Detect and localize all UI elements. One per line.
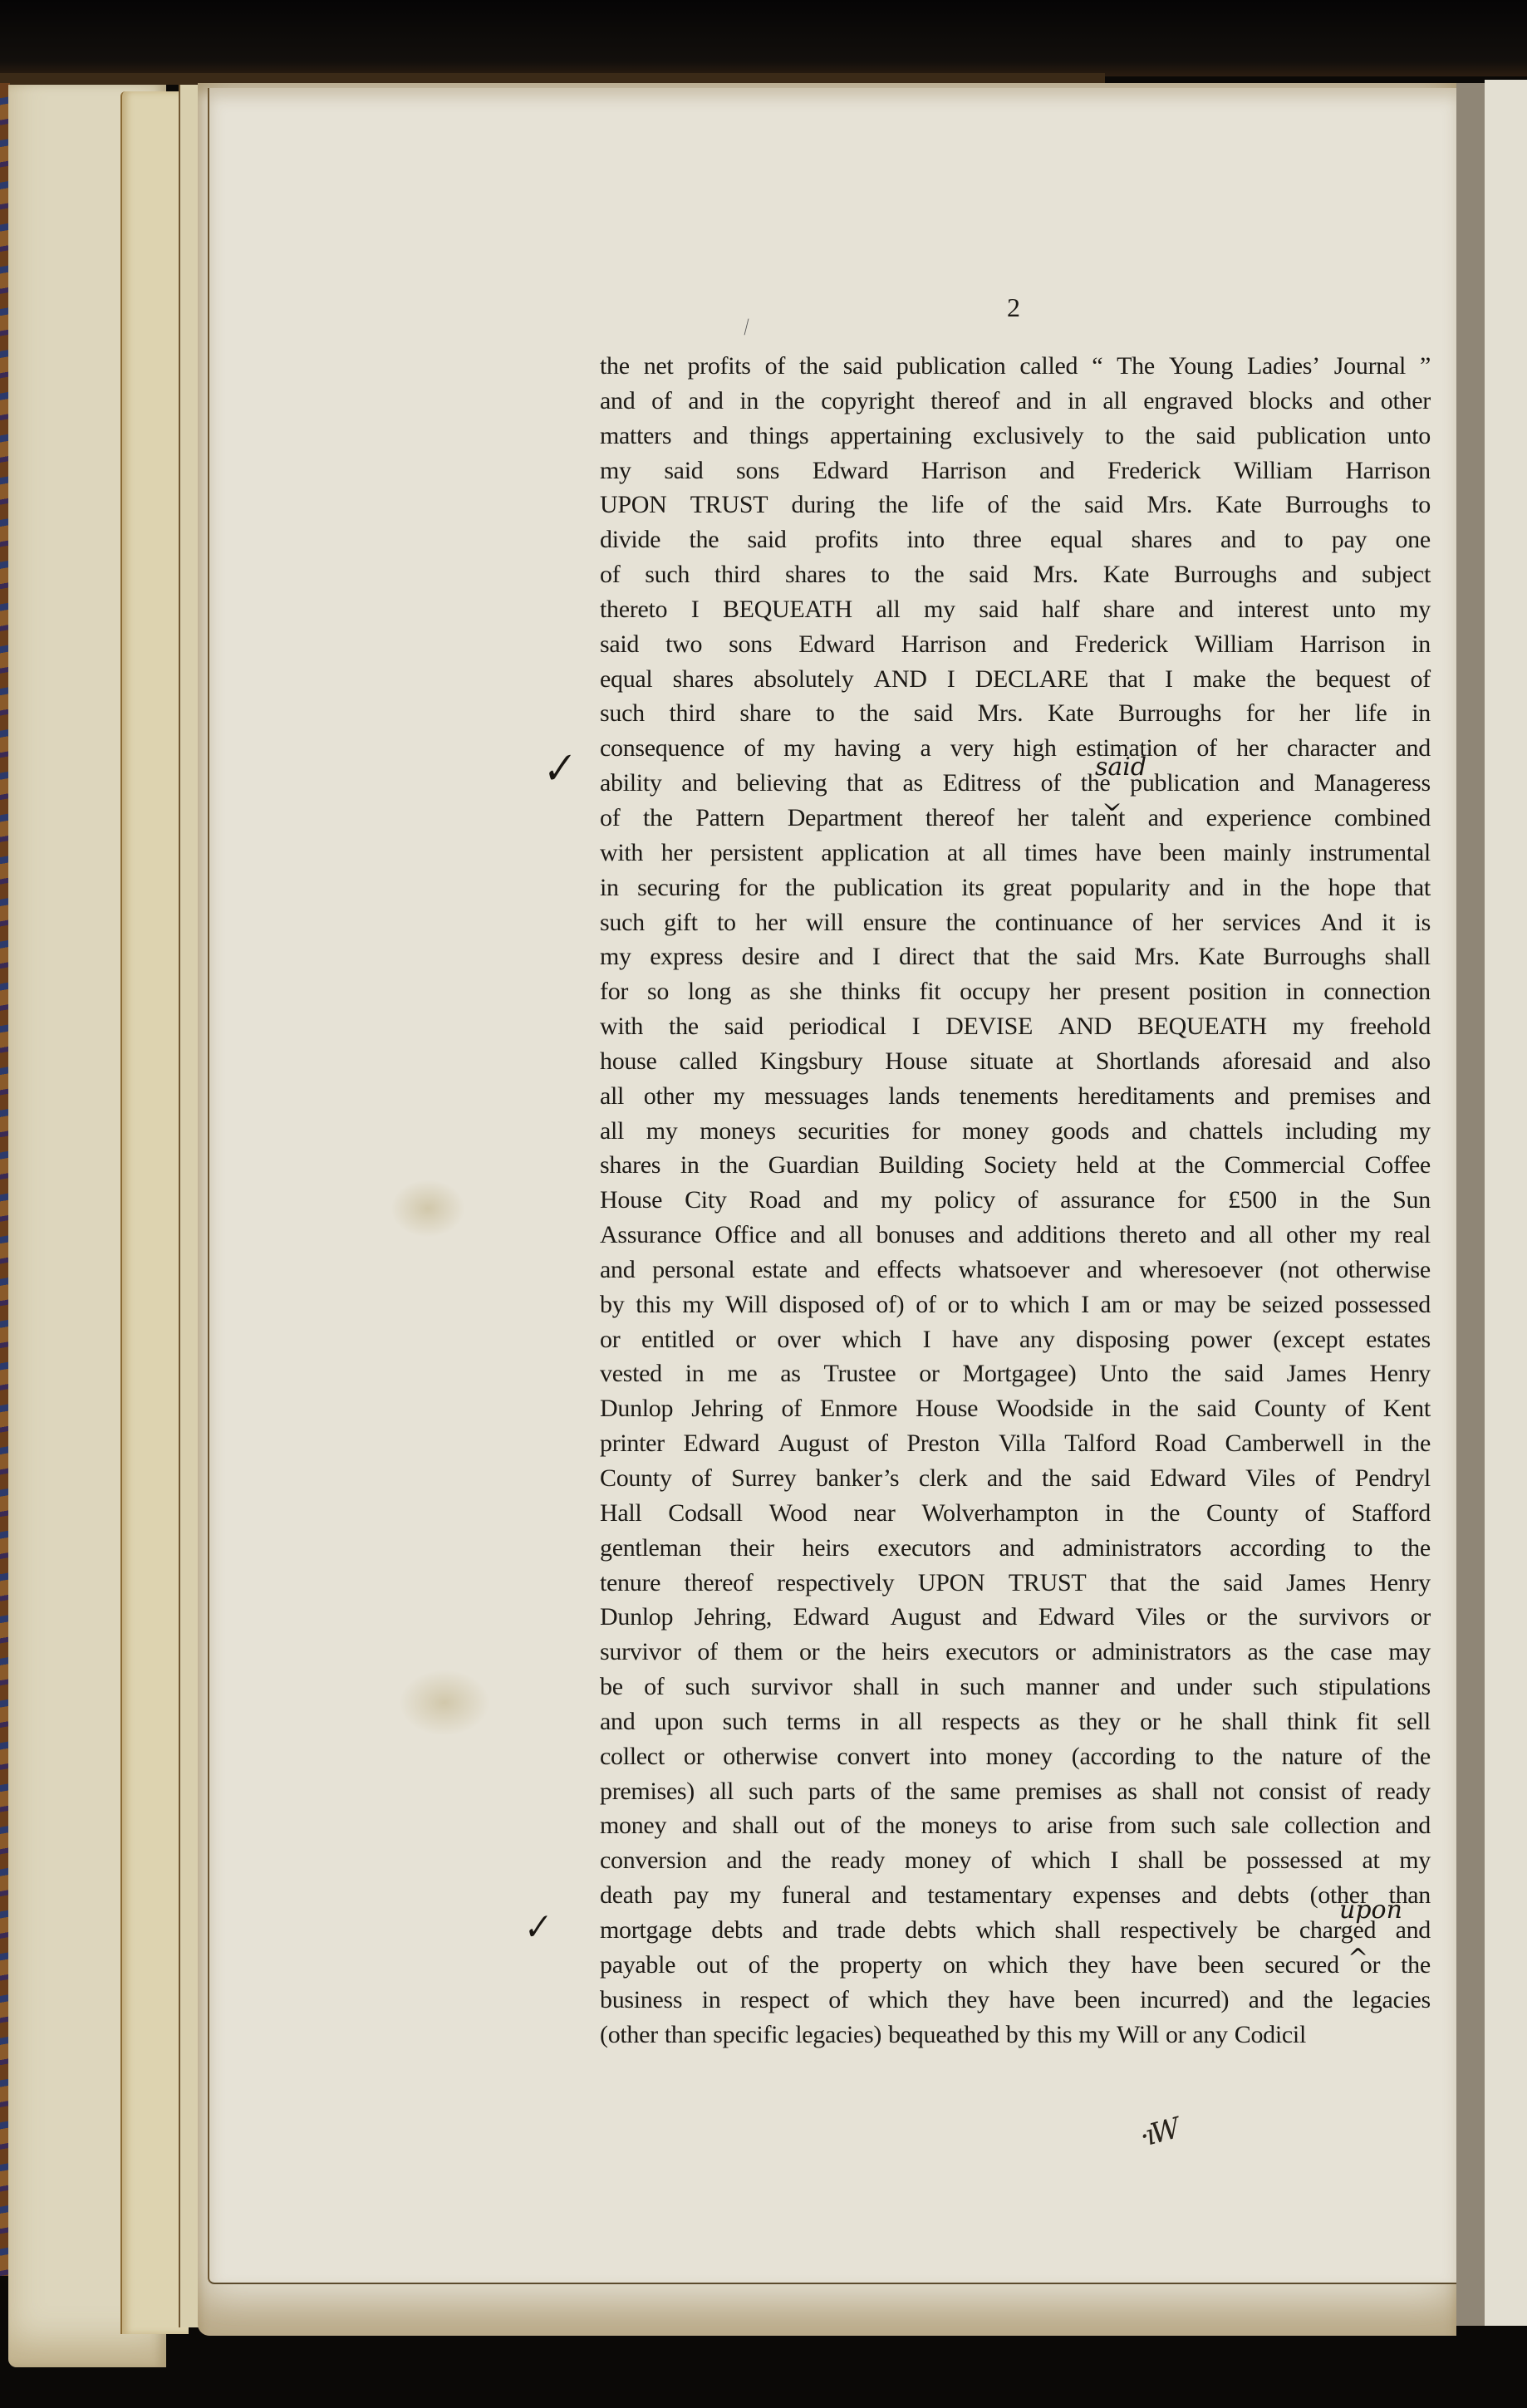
word: the xyxy=(1170,1566,1200,1601)
word: and xyxy=(818,939,853,974)
word: City xyxy=(685,1183,726,1218)
word: I xyxy=(691,592,700,627)
word: Woodside xyxy=(996,1391,1093,1426)
word: other xyxy=(1381,384,1431,419)
word: two xyxy=(665,627,702,662)
word: and xyxy=(1220,522,1255,557)
word: (not xyxy=(1279,1253,1318,1287)
word: Dunlop xyxy=(600,1600,673,1635)
word: said xyxy=(843,349,882,384)
word: the xyxy=(689,522,719,557)
text-line: printerEdwardAugustofPrestonVillaTalford… xyxy=(600,1426,1431,1461)
word: share xyxy=(1103,592,1155,627)
word: the xyxy=(719,1148,749,1183)
word: Pendryl xyxy=(1355,1461,1431,1496)
word: Preston xyxy=(906,1426,980,1461)
word: James xyxy=(1286,1566,1346,1601)
word: of xyxy=(1362,1739,1382,1774)
word: the xyxy=(1175,1148,1205,1183)
word: House xyxy=(600,1183,662,1218)
word: in xyxy=(1299,1183,1318,1218)
word: their xyxy=(729,1531,773,1566)
word: seized xyxy=(1262,1287,1323,1322)
word: and xyxy=(1259,766,1294,801)
text-line: survivorofthemortheheirsexecutorsoradmin… xyxy=(600,1635,1431,1670)
word: UPON xyxy=(918,1566,984,1601)
word: Mrs. xyxy=(1033,557,1078,592)
word: profits xyxy=(815,522,878,557)
word: money xyxy=(905,1843,971,1878)
word: the xyxy=(1266,662,1296,697)
word: my xyxy=(783,731,815,766)
word: premises xyxy=(1289,1079,1376,1114)
word: Harrison xyxy=(1300,627,1386,662)
word: that xyxy=(847,766,883,801)
insertion-caret: ^ xyxy=(1348,1944,1368,1973)
word: which xyxy=(1031,1843,1091,1878)
word: whatsoever xyxy=(959,1253,1070,1287)
word: as xyxy=(780,1356,800,1391)
word: of xyxy=(1196,731,1216,766)
word: Road xyxy=(749,1183,801,1218)
word: in xyxy=(1286,974,1305,1009)
word: the xyxy=(859,696,889,731)
word: continuance xyxy=(995,905,1113,940)
word: to xyxy=(1284,522,1304,557)
word: House xyxy=(885,1044,947,1079)
word: of xyxy=(1132,905,1152,940)
word: not xyxy=(1213,1774,1244,1809)
text-line: andofandinthecopyrightthereofandinalleng… xyxy=(600,384,1431,419)
word: Young xyxy=(1169,349,1233,384)
word: property xyxy=(840,1948,922,1983)
word: and xyxy=(1178,592,1213,627)
word: said xyxy=(1225,1356,1264,1391)
word: life xyxy=(1355,696,1387,731)
word: or xyxy=(1142,1287,1162,1322)
word: he xyxy=(1180,1704,1203,1739)
word: in xyxy=(1242,871,1261,905)
word: the xyxy=(1340,1183,1370,1218)
word: Assurance xyxy=(600,1218,701,1253)
word: and xyxy=(968,1218,1003,1253)
word: money xyxy=(600,1808,666,1843)
word: which xyxy=(868,1983,928,2018)
word: into xyxy=(929,1739,966,1774)
word: in xyxy=(739,384,759,419)
word: Edward xyxy=(684,1426,760,1461)
word: in xyxy=(1412,627,1431,662)
word: debts xyxy=(905,1913,956,1948)
word: (according xyxy=(1072,1739,1176,1774)
text-line: premises)allsuchpartsofthesamepremisesas… xyxy=(600,1774,1431,1809)
word: Mrs. xyxy=(1146,488,1192,522)
word: August xyxy=(890,1600,960,1635)
word: out xyxy=(793,1808,824,1843)
word: same xyxy=(950,1774,1000,1809)
word: mortgage xyxy=(600,1913,692,1948)
word: shall xyxy=(1222,1704,1268,1739)
word: the xyxy=(1171,1356,1201,1391)
word: to xyxy=(717,905,736,940)
word: or xyxy=(919,1356,939,1391)
word: and xyxy=(693,419,728,454)
word: estates xyxy=(1366,1322,1431,1357)
word: my xyxy=(1399,1843,1431,1878)
word: survivors xyxy=(1299,1600,1389,1635)
word: the xyxy=(782,1843,812,1878)
word: and xyxy=(1200,1218,1235,1253)
word: Hall xyxy=(600,1496,641,1531)
word: TRUST xyxy=(690,488,768,522)
text-line: theretoIBEQUEATHallmysaidhalfshareandint… xyxy=(600,592,1431,627)
word: all xyxy=(983,836,1007,871)
word: Editress xyxy=(943,766,1021,801)
word: they xyxy=(1068,1948,1110,1983)
word: of xyxy=(749,1948,768,1983)
word: profits xyxy=(687,349,750,384)
word: AND xyxy=(873,662,926,697)
word: for xyxy=(1177,1183,1205,1218)
word: in xyxy=(1112,1391,1131,1426)
word: BEQUEATH xyxy=(723,592,852,627)
word: be xyxy=(600,1670,623,1704)
word: or xyxy=(1166,2018,1186,2052)
word: the xyxy=(789,1948,819,1983)
word: debts xyxy=(711,1913,763,1948)
word: as xyxy=(750,974,770,1009)
word: blocks xyxy=(1249,384,1313,419)
word: and xyxy=(600,1704,635,1739)
text-line: withthesaidperiodicalIDEVISEANDBEQUEATHm… xyxy=(600,1009,1431,1044)
word: and xyxy=(1039,454,1074,488)
word: collect xyxy=(600,1739,665,1774)
word: the xyxy=(1150,1496,1180,1531)
word: my xyxy=(1399,592,1431,627)
word: Journal xyxy=(1334,349,1406,384)
word: and xyxy=(681,766,716,801)
word: that xyxy=(1394,871,1431,905)
word: and xyxy=(1181,1878,1216,1913)
word: such xyxy=(645,557,690,592)
word: consequence xyxy=(600,731,724,766)
word: other xyxy=(644,1079,694,1114)
word: specific xyxy=(713,2018,788,2052)
word: and xyxy=(1148,801,1183,836)
word: in xyxy=(860,1704,879,1739)
word: to xyxy=(871,557,890,592)
word: with xyxy=(600,836,643,871)
word: TRUST xyxy=(1009,1566,1087,1601)
word: said xyxy=(979,592,1018,627)
word: all xyxy=(1249,1218,1273,1253)
word: business xyxy=(600,1983,682,2018)
word: called xyxy=(1019,349,1078,384)
word: gift xyxy=(664,905,697,940)
word: said xyxy=(1091,1461,1130,1496)
word: I xyxy=(872,939,881,974)
word: in xyxy=(680,1148,700,1183)
word: as xyxy=(1039,1704,1059,1739)
word: to xyxy=(980,1287,999,1322)
text-line: dividethesaidprofitsintothreeequalshares… xyxy=(600,522,1431,557)
word: shares xyxy=(673,662,734,697)
word: the xyxy=(878,488,908,522)
word: any xyxy=(1192,2018,1227,2052)
text-line: forsolongasshethinksfitoccupyherpresentp… xyxy=(600,974,1431,1009)
word: of xyxy=(600,557,620,592)
word: printer xyxy=(600,1426,665,1461)
word: shall xyxy=(733,1808,778,1843)
word: to xyxy=(1412,488,1431,522)
word: such xyxy=(723,1704,768,1739)
word: The xyxy=(1117,349,1155,384)
word: of xyxy=(1315,1461,1335,1496)
word: application xyxy=(821,836,929,871)
word: for xyxy=(1246,696,1274,731)
word: be xyxy=(1228,1287,1251,1322)
word: executors xyxy=(945,1635,1038,1670)
word: divide xyxy=(600,522,660,557)
word: its xyxy=(961,871,984,905)
word: her xyxy=(1299,696,1330,731)
word: said xyxy=(747,522,786,557)
next-page-edge xyxy=(1485,80,1527,2326)
word: Edward xyxy=(1150,1461,1226,1496)
word: or xyxy=(1055,1635,1075,1670)
word: me xyxy=(727,1356,757,1391)
word: combined xyxy=(1334,801,1431,836)
word: in xyxy=(1068,384,1087,419)
word: Burroughs xyxy=(1263,939,1366,974)
word: Department xyxy=(788,801,903,836)
word: of xyxy=(828,1983,848,2018)
word: respect xyxy=(740,1983,809,2018)
text-line: housecalledKingsburyHousesituateatShortl… xyxy=(600,1044,1431,1079)
text-line: sharesintheGuardianBuildingSocietyheldat… xyxy=(600,1148,1431,1183)
word: sons xyxy=(736,454,779,488)
word: the xyxy=(785,871,815,905)
word: Henry xyxy=(1369,1356,1430,1391)
word: the xyxy=(1233,1739,1263,1774)
word: and xyxy=(982,1600,1017,1635)
word: shall xyxy=(1152,1774,1198,1809)
word: engraved xyxy=(1143,384,1233,419)
word: Surrey xyxy=(731,1461,796,1496)
word: entitled xyxy=(641,1322,714,1357)
word: Edward xyxy=(1038,1600,1115,1635)
word: all xyxy=(600,1079,624,1114)
word: trade xyxy=(837,1913,885,1948)
word: Kent xyxy=(1383,1391,1431,1426)
word: my xyxy=(600,454,631,488)
word: personal xyxy=(652,1253,734,1287)
word: exclusively xyxy=(973,419,1083,454)
word: of xyxy=(1344,1391,1364,1426)
text-line: businessinrespectofwhichtheyhavebeenincu… xyxy=(600,1983,1431,2018)
word: moneys xyxy=(700,1114,776,1149)
word: respectively xyxy=(777,1566,894,1601)
word: believing xyxy=(736,766,827,801)
word: administrators xyxy=(1063,1531,1201,1566)
word: Jehring xyxy=(691,1391,763,1426)
word: and xyxy=(1013,627,1048,662)
will-text-body: thenetprofitsofthesaidpublicationcalled“… xyxy=(600,349,1431,2052)
text-line: tenurethereofrespectivelyUPONTRUSTthatth… xyxy=(600,1566,1431,1601)
word: Dunlop xyxy=(600,1391,673,1426)
word: Will xyxy=(725,1287,768,1322)
page-number: 2 xyxy=(1007,292,1020,323)
word: Viles xyxy=(1136,1600,1186,1635)
word: and xyxy=(1396,731,1431,766)
word: the xyxy=(1031,488,1061,522)
word: William xyxy=(1195,627,1274,662)
word: Mrs. xyxy=(978,696,1024,731)
word: she xyxy=(789,974,822,1009)
word: popularity xyxy=(1070,871,1170,905)
word: them xyxy=(734,1635,783,1670)
text-line: collectorotherwiseconvertintomoney(accor… xyxy=(600,1739,1431,1774)
word: Kate xyxy=(1103,557,1149,592)
word: case xyxy=(1330,1635,1372,1670)
word: Pattern xyxy=(695,801,764,836)
word: sell xyxy=(1397,1704,1430,1739)
text-line: DunlopJehringofEnmoreHouseWoodsideinthes… xyxy=(600,1391,1431,1426)
word: of xyxy=(916,1287,935,1322)
word: be xyxy=(1257,1913,1280,1948)
word: her xyxy=(755,905,786,940)
word: of xyxy=(987,488,1007,522)
word: her xyxy=(661,836,692,871)
word: it xyxy=(1382,905,1395,940)
word: the xyxy=(600,349,630,384)
text-line: allmymoneyssecuritiesformoneygoodsandcha… xyxy=(600,1114,1431,1149)
word: said xyxy=(664,454,703,488)
word: or xyxy=(684,1739,704,1774)
word: of xyxy=(651,384,671,419)
word: Road xyxy=(1155,1426,1206,1461)
pencil-mark-top: ᛁ xyxy=(739,317,750,338)
word: lands xyxy=(888,1079,940,1114)
word: collection xyxy=(1284,1808,1380,1843)
word: Viles xyxy=(1245,1461,1295,1496)
word: or xyxy=(1206,1600,1226,1635)
word: to xyxy=(1354,1531,1373,1566)
word: banker’s xyxy=(816,1461,899,1496)
text-line: mattersandthingsappertainingexclusivelyt… xyxy=(600,419,1431,454)
text-line: CountyofSurreybanker’sclerkandthesaidEdw… xyxy=(600,1461,1431,1496)
word: the xyxy=(1401,1426,1431,1461)
word: and xyxy=(1395,1079,1430,1114)
word: in xyxy=(600,871,619,905)
word: been xyxy=(1198,1948,1244,1983)
word: ready xyxy=(831,1843,885,1878)
word: my xyxy=(682,1287,714,1322)
word: Guardian xyxy=(768,1148,859,1183)
word: Henry xyxy=(1369,1566,1430,1601)
word: near xyxy=(853,1496,895,1531)
word: times xyxy=(1024,836,1078,871)
word: conversion xyxy=(600,1843,707,1878)
word: equal xyxy=(600,662,652,697)
word: been xyxy=(1074,1983,1120,2018)
word: the xyxy=(1149,1391,1179,1426)
word: payable xyxy=(600,1948,675,1983)
word: so xyxy=(647,974,669,1009)
word: testamentary xyxy=(927,1878,1052,1913)
word: the xyxy=(1280,871,1310,905)
word: thereof xyxy=(930,384,999,419)
word: during xyxy=(792,488,856,522)
word: premises xyxy=(1015,1774,1102,1809)
word: stipulations xyxy=(1318,1670,1431,1704)
word: other xyxy=(1286,1218,1336,1253)
word: Enmore xyxy=(820,1391,897,1426)
text-line: conversionandthereadymoneyofwhichIshallb… xyxy=(600,1843,1431,1878)
text-line: myexpressdesireandIdirectthatthesaidMrs.… xyxy=(600,939,1431,974)
word: tenure xyxy=(600,1566,660,1601)
insertion-caret: ^ xyxy=(1102,786,1122,815)
word: called xyxy=(680,1044,738,1079)
word: and xyxy=(600,1253,635,1287)
word: secured xyxy=(1264,1948,1339,1983)
word: possessed xyxy=(1246,1843,1343,1878)
word: manner xyxy=(1026,1670,1099,1704)
word: all xyxy=(709,1774,734,1809)
word: administrators xyxy=(1092,1635,1230,1670)
word: according xyxy=(1230,1531,1326,1566)
word: incurred) xyxy=(1140,1983,1229,2018)
word: unto xyxy=(1387,419,1431,454)
word: ability xyxy=(600,766,662,801)
word: in xyxy=(685,1356,705,1391)
word: my xyxy=(729,1878,761,1913)
word: shall xyxy=(1385,939,1431,974)
word: tenements xyxy=(960,1079,1058,1114)
word: expenses xyxy=(1073,1878,1161,1913)
word: survivor xyxy=(600,1635,681,1670)
word: the xyxy=(876,1808,906,1843)
word: life xyxy=(931,488,964,522)
paper-stain xyxy=(390,1179,465,1238)
word: all xyxy=(898,1704,922,1739)
word: real xyxy=(1394,1218,1431,1253)
word: Talford xyxy=(1064,1426,1136,1461)
word: and xyxy=(682,1808,717,1843)
word: securing xyxy=(637,871,719,905)
word: bonuses xyxy=(876,1218,955,1253)
text-line: withherpersistentapplicationatalltimesha… xyxy=(600,836,1431,871)
word: in xyxy=(920,1670,939,1704)
word: and xyxy=(1302,557,1337,592)
word: Kate xyxy=(1048,696,1093,731)
word: the xyxy=(1303,1983,1333,2018)
word: I xyxy=(912,1009,921,1044)
word: the xyxy=(906,1774,935,1809)
word: policy xyxy=(935,1183,995,1218)
word: or xyxy=(948,1287,968,1322)
word: including xyxy=(1285,1114,1377,1149)
word: and xyxy=(1333,1044,1368,1079)
text-line: deathpaymyfuneralandtestamentaryexpenses… xyxy=(600,1878,1431,1913)
word: fit xyxy=(1356,1704,1377,1739)
text-line: vestedinmeasTrusteeorMortgagee)Untothesa… xyxy=(600,1356,1431,1391)
word: at xyxy=(1137,1148,1155,1183)
word: of xyxy=(744,731,763,766)
text-line: bythismyWilldisposedof)ofortowhichIamorm… xyxy=(600,1287,1431,1322)
word: sons xyxy=(729,627,772,662)
word: under xyxy=(1176,1670,1232,1704)
